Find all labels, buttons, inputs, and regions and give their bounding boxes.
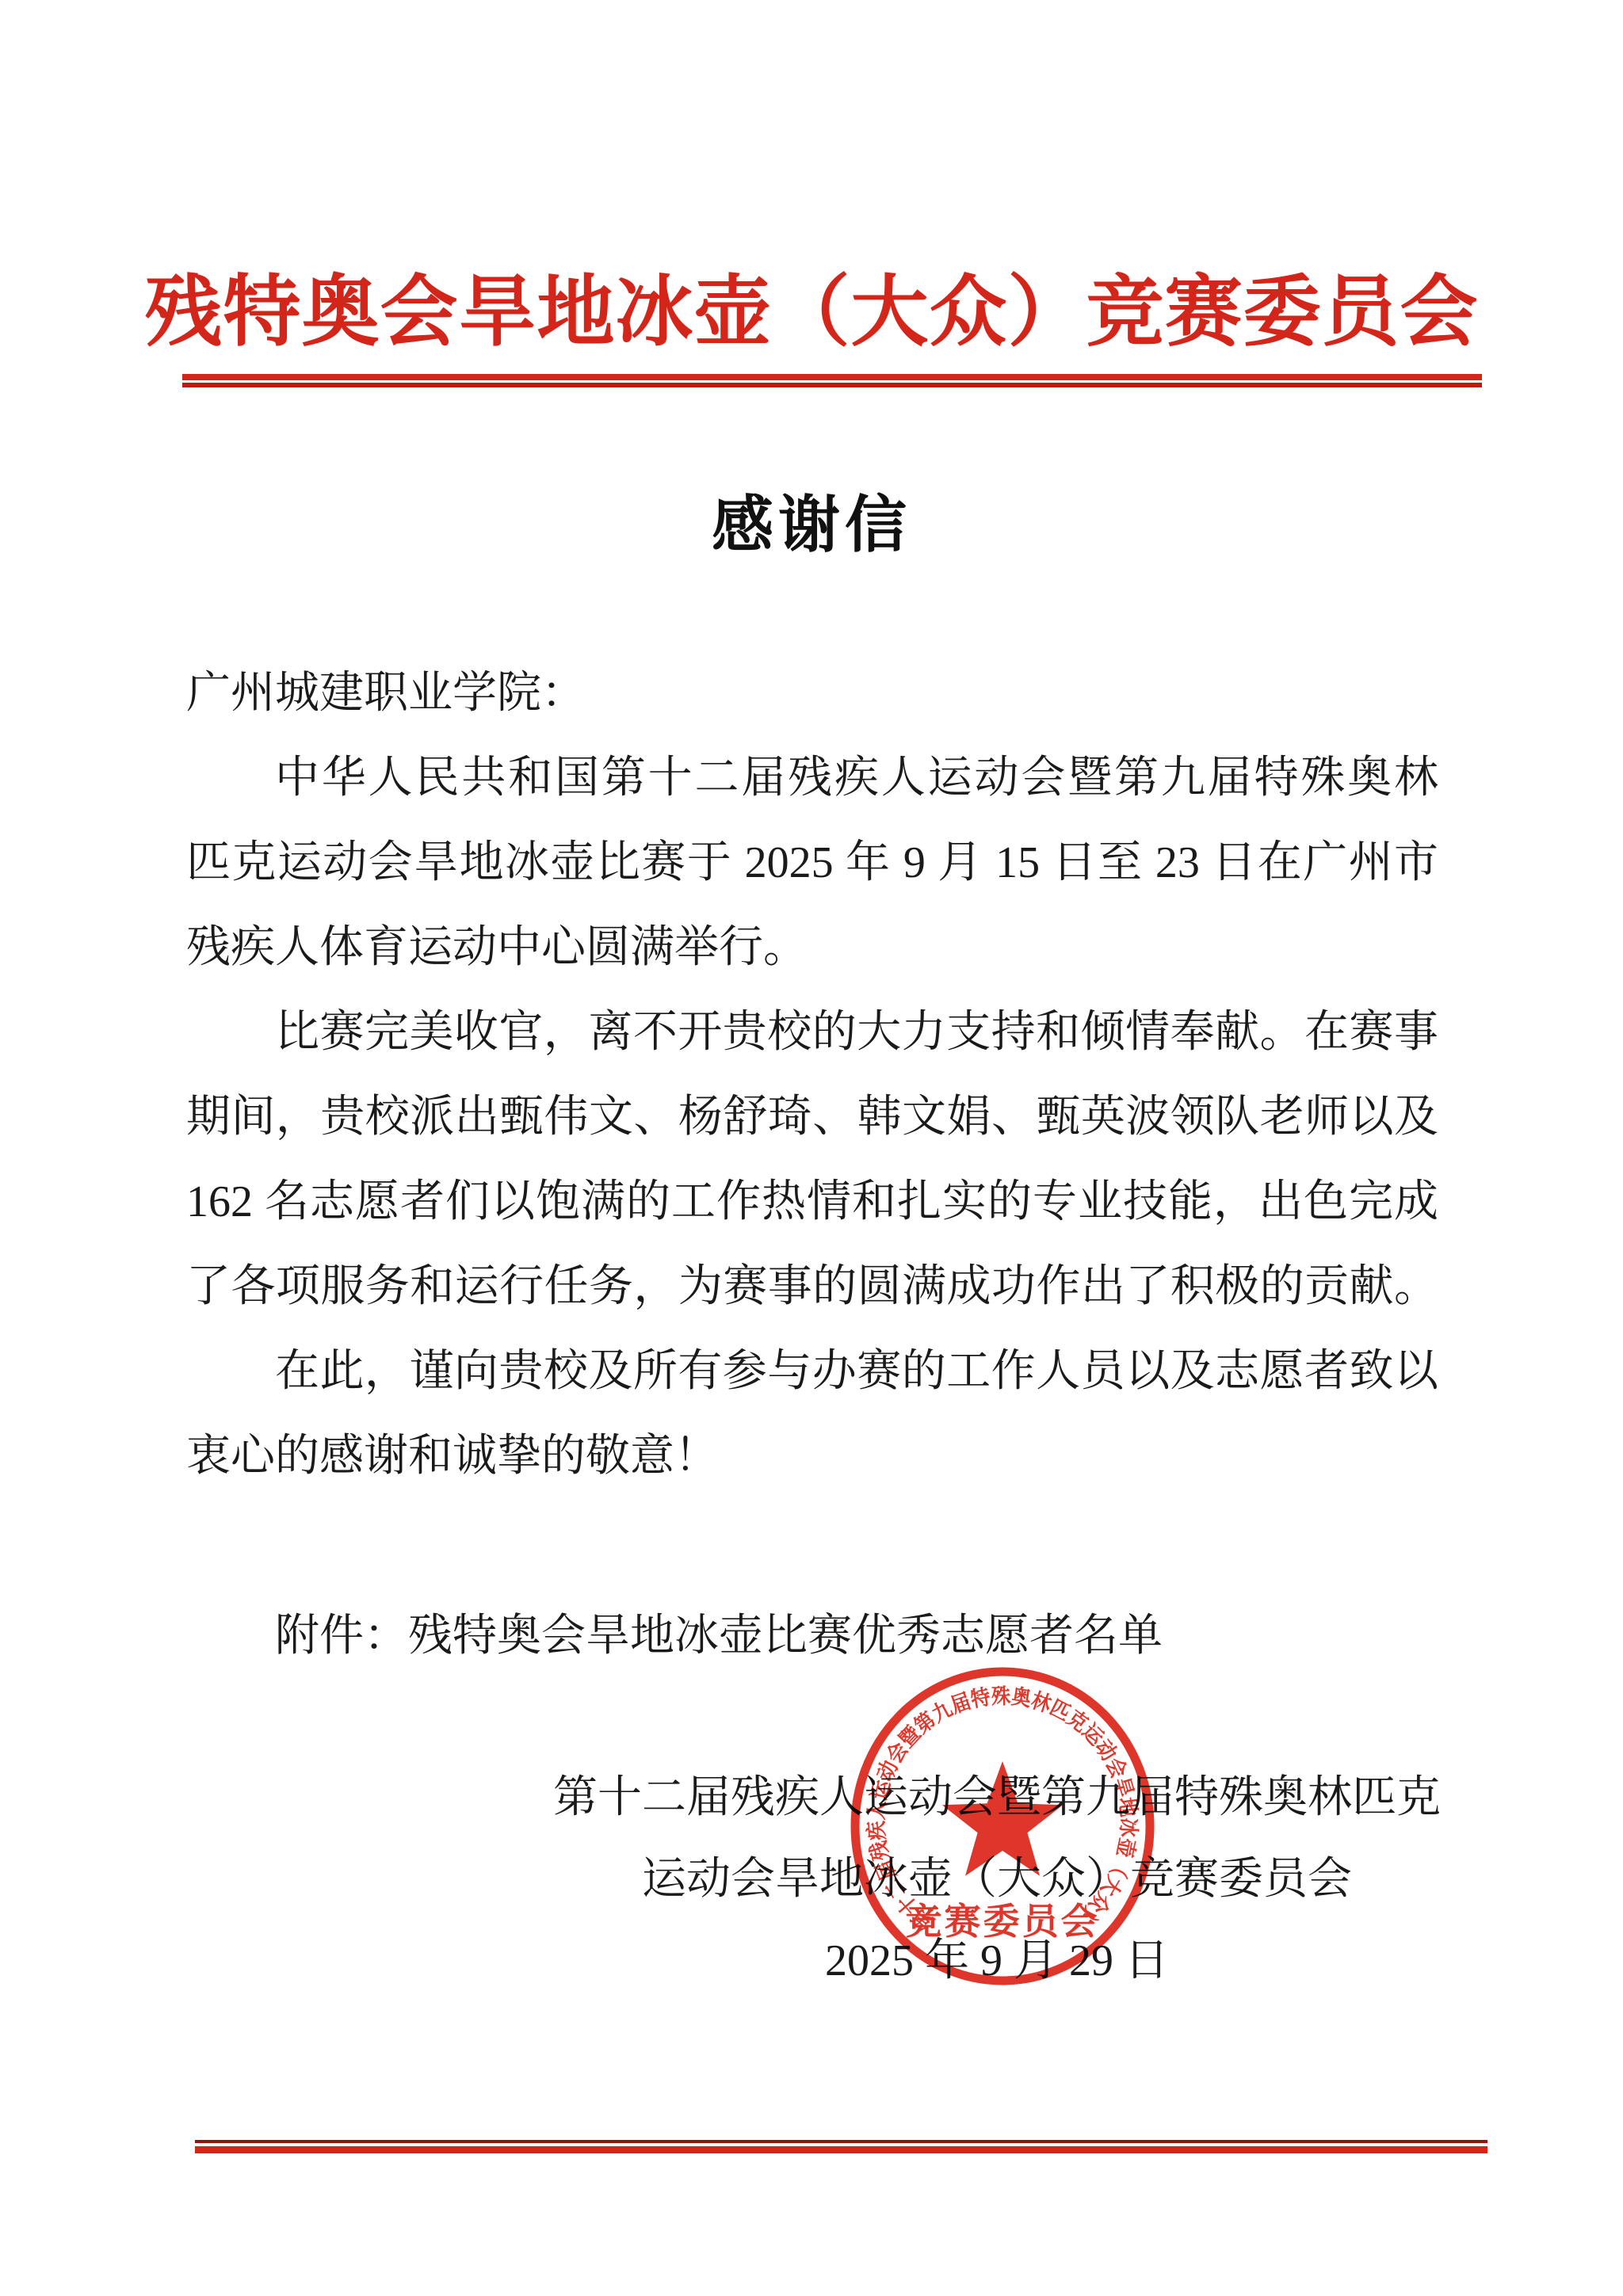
salutation: 广州城建职业学院： xyxy=(186,651,1438,736)
footer-rule-thick-line xyxy=(195,2146,1487,2153)
body-line: 在此，谨向贵校及所有参与办赛的工作人员以及志愿者致以 xyxy=(186,1329,1438,1414)
footer-rule xyxy=(195,2140,1487,2153)
letter-title: 感谢信 xyxy=(0,482,1623,569)
body-line: 匹克运动会旱地冰壶比赛于 2025 年 9 月 15 日至 23 日在广州市 xyxy=(186,821,1438,906)
seal-bottom-label: 竞赛委员会 xyxy=(906,1901,1100,1942)
header-rule-thin-line xyxy=(182,383,1482,387)
body-line: 期间，贵校派出甄伟文、杨舒琦、韩文娟、甄英波领队老师以及 xyxy=(186,1075,1438,1160)
header-rule-thick-line xyxy=(182,374,1482,380)
body-line: 162 名志愿者们以饱满的工作热情和扎实的专业技能，出色完成 xyxy=(186,1160,1438,1245)
official-seal: 第十二届残疾人运动会暨第九届特殊奥林匹克运动会旱地冰壶（大众） 竞赛委员会 xyxy=(844,1660,1161,1993)
body-line: 衷心的感谢和诚挚的敬意！ xyxy=(186,1414,1438,1499)
body-line: 比赛完美收官，离不开贵校的大力支持和倾情奉献。在赛事 xyxy=(186,990,1438,1075)
body-line: 了各项服务和运行任务，为赛事的圆满成功作出了积极的贡献。 xyxy=(186,1245,1438,1329)
header-rule xyxy=(182,374,1482,387)
body-line: 残疾人体育运动中心圆满举行。 xyxy=(186,906,1438,990)
attachment-line: 附件：残特奥会旱地冰壶比赛优秀志愿者名单 xyxy=(186,1594,1438,1679)
letter-body: 广州城建职业学院： 中华人民共和国第十二届残疾人运动会暨第九届特殊奥林 匹克运动… xyxy=(186,651,1438,1499)
header-title: 残特奥会旱地冰壶（大众）竞赛委员会 xyxy=(0,261,1623,364)
seal-star-icon xyxy=(942,1761,1063,1876)
body-line: 中华人民共和国第十二届残疾人运动会暨第九届特殊奥林 xyxy=(186,736,1438,821)
